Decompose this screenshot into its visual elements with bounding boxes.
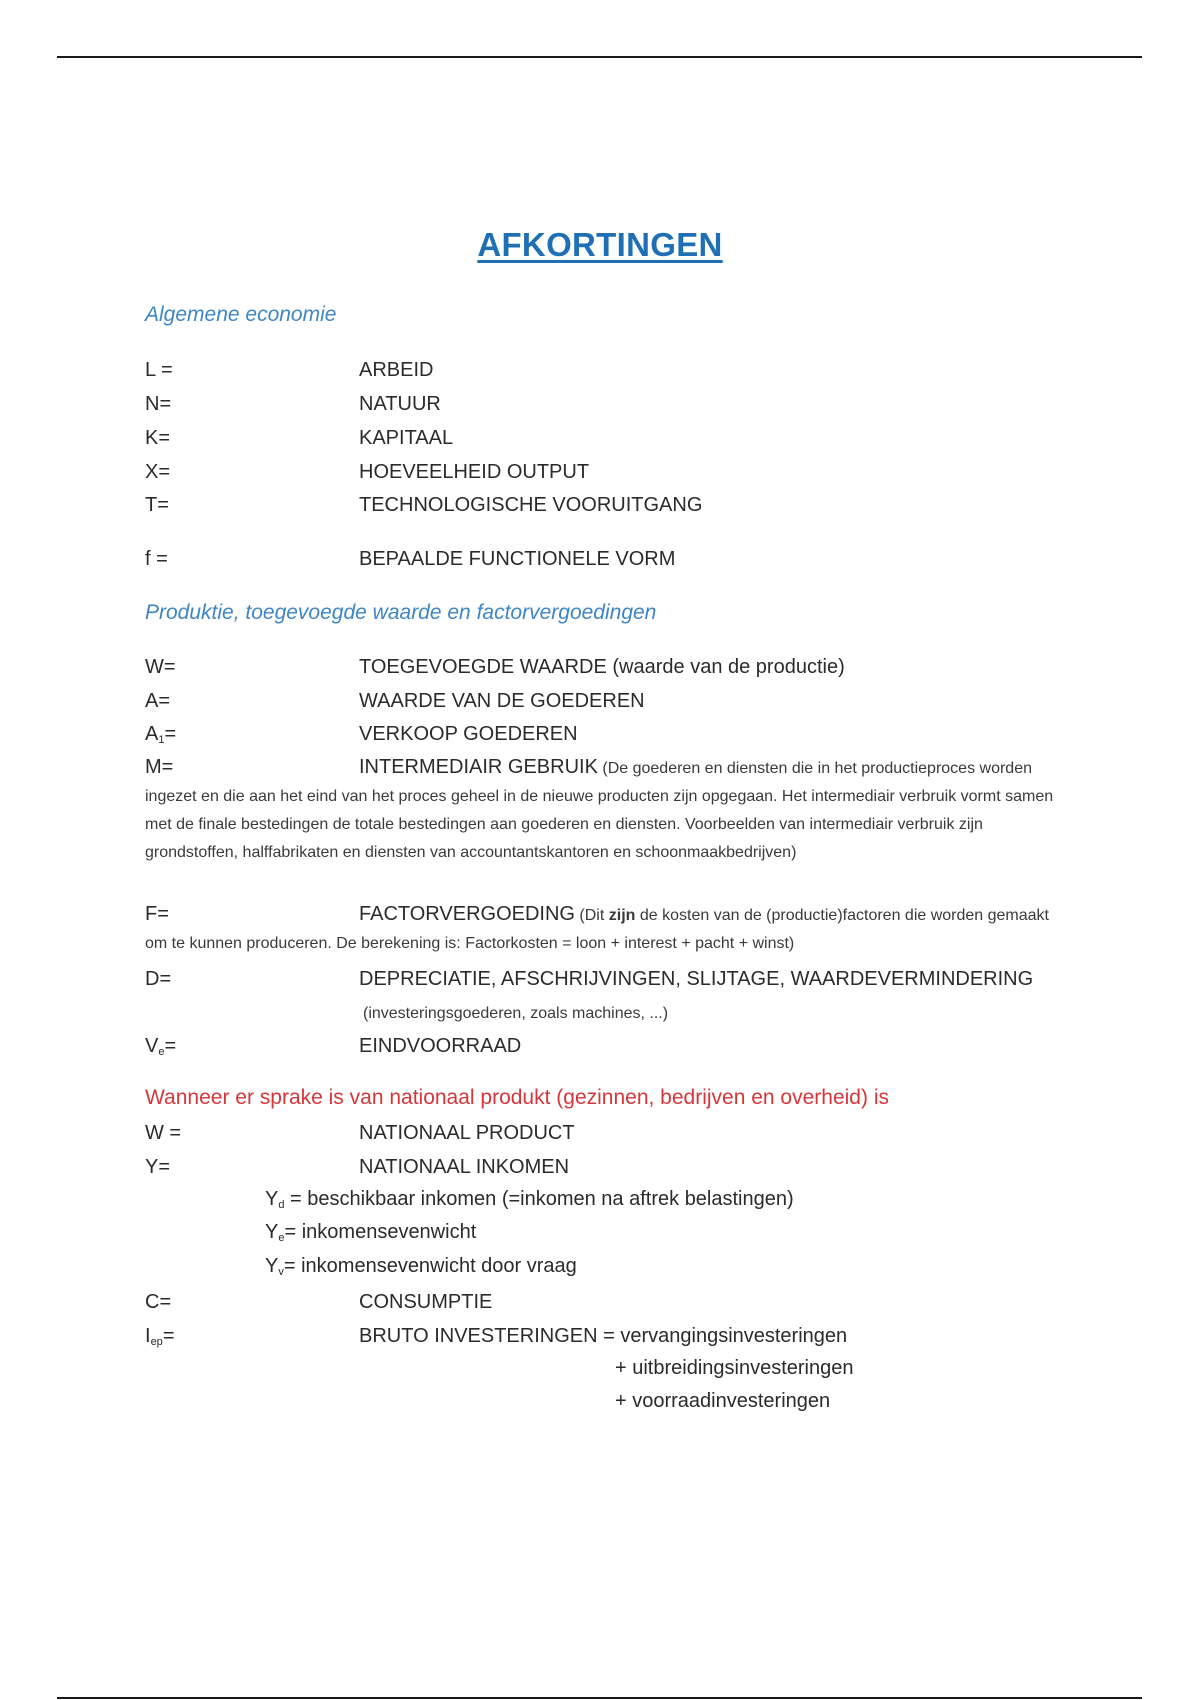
abbr: W = (145, 1120, 181, 1146)
header-rule (57, 56, 1142, 58)
abbr: F= (145, 900, 359, 928)
definition: BEPAALDE FUNCTIONELE VORM (359, 546, 675, 572)
definition: NATIONAAL PRODUCT (359, 1120, 575, 1146)
definition: NATUUR (359, 391, 441, 417)
list-item-sub: Ye= inkomensevenwicht (265, 1221, 476, 1244)
footer-rule (57, 1697, 1142, 1699)
list-item-sub: Yd = beschikbaar inkomen (=inkomen na af… (265, 1188, 794, 1211)
definition: INTERMEDIAIR GEBRUIK (359, 756, 598, 778)
abbr: Ye= (265, 1221, 302, 1243)
section-heading-produktie: Produktie, toegevoegde waarde en factorv… (145, 601, 656, 625)
abbr: f = (145, 546, 168, 572)
abbr: M= (145, 753, 359, 781)
definition: EINDVOORRAAD (359, 1033, 521, 1059)
abbr: X= (145, 459, 170, 485)
definition: FACTORVERGOEDING (359, 903, 575, 925)
list-item-factorvergoeding: F=FACTORVERGOEDING (Dit zijn de kosten v… (145, 900, 1070, 958)
abbr: Ve= (145, 1033, 176, 1065)
definition-continuation: + uitbreidingsinvesteringen (615, 1357, 854, 1380)
definition: TECHNOLOGISCHE VOORUITGANG (359, 492, 702, 518)
section-heading-nationaal-produkt: Wanneer er sprake is van nationaal produ… (145, 1086, 889, 1110)
definition: NATIONAAL INKOMEN (359, 1154, 569, 1180)
definition: HOEVEELHEID OUTPUT (359, 459, 589, 485)
abbr: N= (145, 391, 171, 417)
abbr: Y= (145, 1154, 170, 1180)
definition: ARBEID (359, 357, 433, 383)
definition: KAPITAAL (359, 425, 453, 451)
list-item-sub: Yv= inkomensevenwicht door vraag (265, 1255, 577, 1278)
definition: TOEGEVOEGDE WAARDE (waarde van de produc… (359, 654, 845, 680)
abbr: L = (145, 357, 173, 383)
abbr: A1= (145, 721, 176, 753)
list-item-intermediair: M=INTERMEDIAIR GEBRUIK (De goederen en d… (145, 753, 1070, 867)
definition: beschikbaar inkomen (=inkomen na aftrek … (307, 1188, 793, 1210)
definition: BRUTO INVESTERINGEN = vervangingsinveste… (359, 1323, 847, 1349)
abbr: T= (145, 492, 169, 518)
abbr: C= (145, 1289, 171, 1315)
definition: VERKOOP GOEDEREN (359, 721, 578, 747)
section-heading-algemene-economie: Algemene economie (145, 303, 336, 327)
definition-continuation: + voorraadinvesteringen (615, 1390, 830, 1413)
abbr: Iep= (145, 1323, 175, 1355)
abbr: Yd = (265, 1188, 307, 1210)
definition: WAARDE VAN DE GOEDEREN (359, 688, 645, 714)
definition: inkomensevenwicht door vraag (301, 1255, 577, 1277)
abbr: K= (145, 425, 170, 451)
abbr: W= (145, 654, 176, 680)
abbr: D= (145, 966, 171, 992)
definition: CONSUMPTIE (359, 1289, 492, 1315)
definition: DEPRECIATIE, AFSCHRIJVINGEN, SLIJTAGE, W… (359, 966, 1033, 992)
abbr: A= (145, 688, 170, 714)
abbr: Yv= (265, 1255, 301, 1277)
page-title: AFKORTINGEN (0, 226, 1200, 264)
definition: inkomensevenwicht (302, 1221, 477, 1243)
